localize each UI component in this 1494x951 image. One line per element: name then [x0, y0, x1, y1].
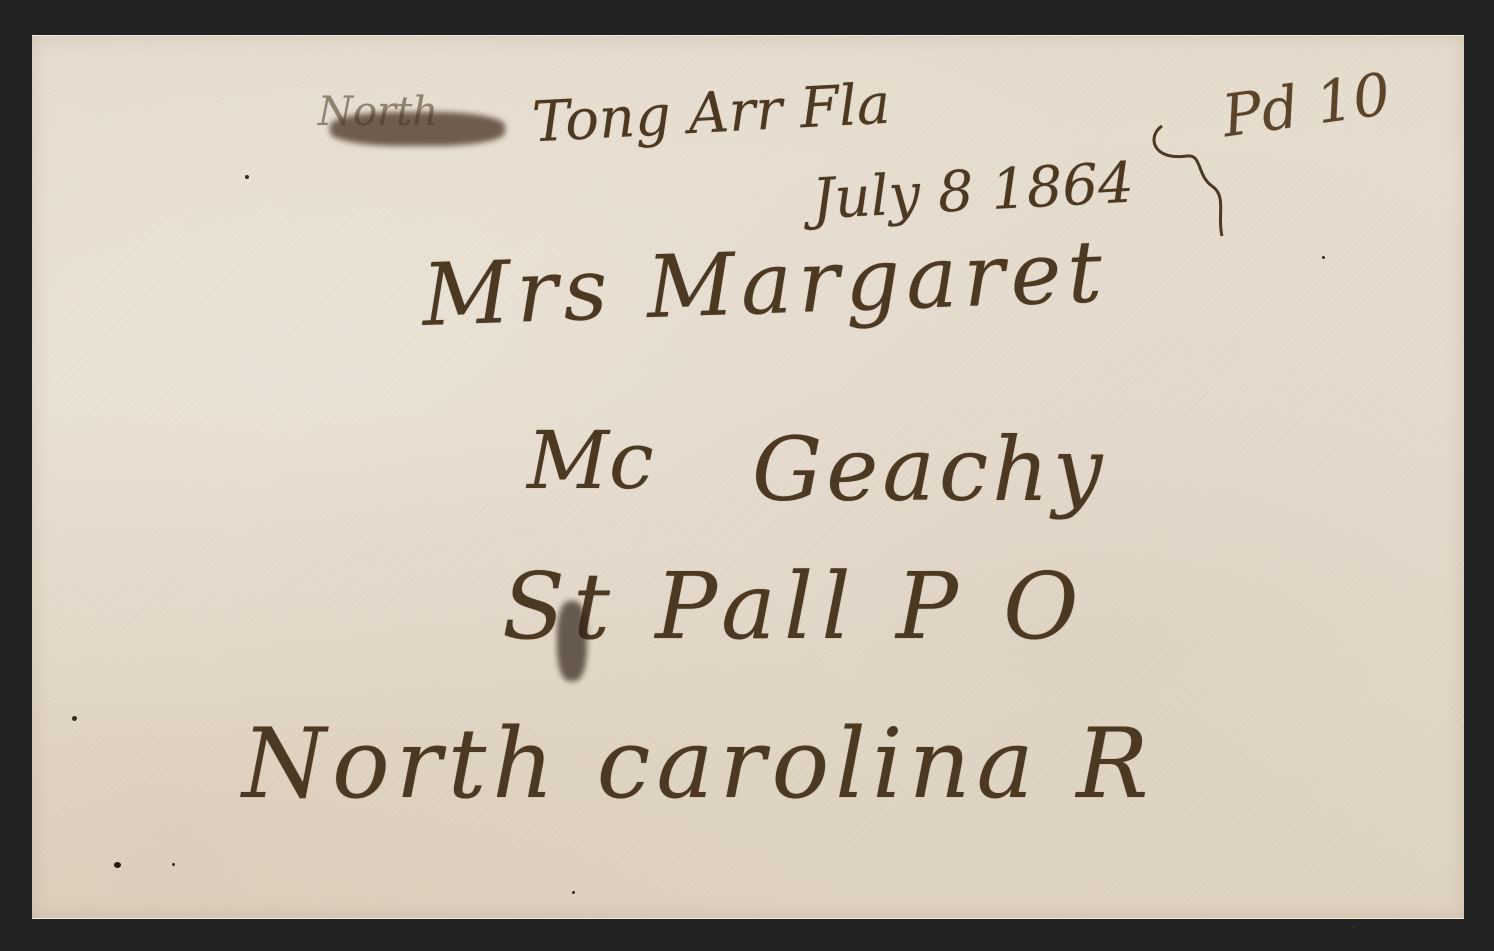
paper-speck [72, 716, 77, 721]
paper-speck [1352, 926, 1355, 929]
postmark-origin: Tong Arr Fla [531, 77, 892, 152]
crossed-out-word: North [318, 92, 438, 132]
paper-speck [572, 891, 575, 894]
address-line-2-prefix: Mc [527, 421, 654, 501]
paper-speck [114, 862, 121, 868]
address-line-2-name: Geachy [752, 426, 1107, 514]
envelope-cover: North Tong Arr Fla July 8 1864 Pd 10 Mrs… [32, 35, 1464, 919]
paper-speck [172, 863, 175, 866]
address-line-3: St Pall P O [502, 561, 1087, 653]
postmark-date: July 8 1864 [811, 156, 1135, 229]
photo-stage: North Tong Arr Fla July 8 1864 Pd 10 Mrs… [0, 0, 1494, 951]
paper-speck [245, 175, 249, 179]
address-line-4: North carolina R [242, 716, 1155, 812]
address-line-1: Mrs Margaret [421, 229, 1110, 339]
ink-smudge [557, 601, 587, 681]
bracket-flourish [1142, 116, 1262, 246]
paper-speck [1322, 256, 1325, 259]
crossed-out-text: North [318, 89, 438, 135]
